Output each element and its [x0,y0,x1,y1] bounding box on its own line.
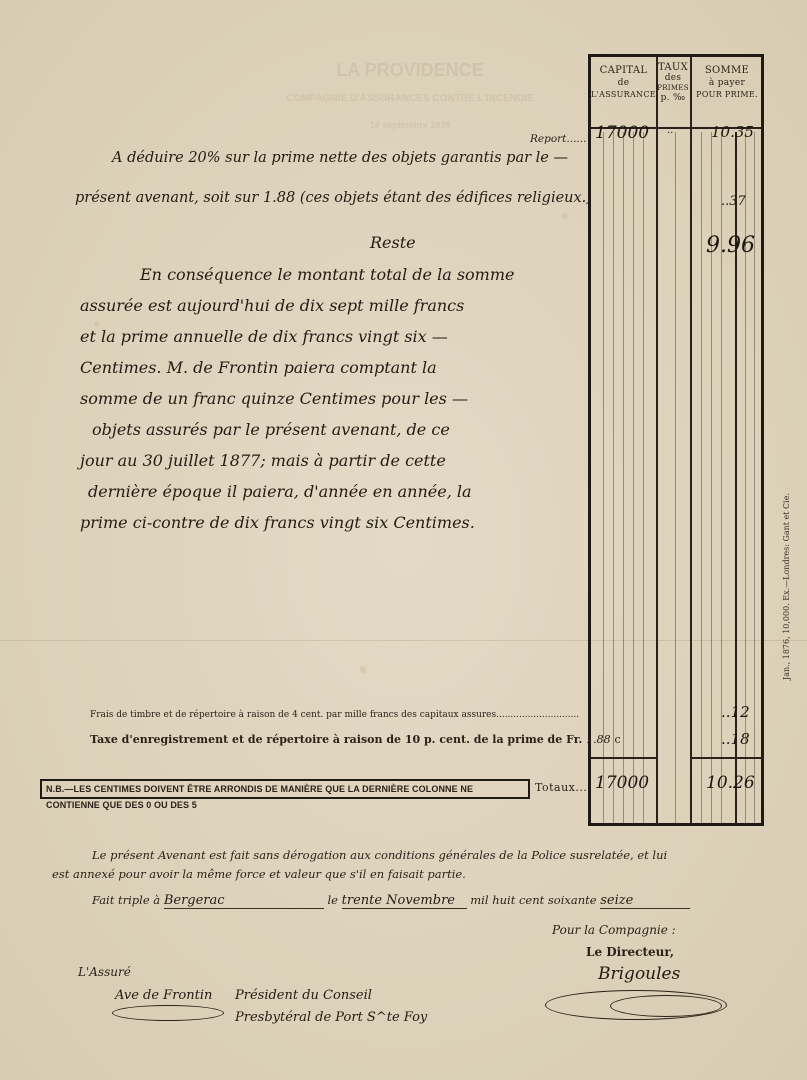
date-field: trente Novembre [342,893,467,909]
printer-note: Jan., 1876, 10,000. Ex.—Londres: Gant et… [782,493,791,680]
year-prefix: mil huit cent soixante [470,893,596,907]
para-line: prime ci-contre de dix francs vingt six … [80,513,475,532]
frais-somme: ..12 [721,703,750,721]
report-label: Report...... [530,133,586,145]
taxe-amount: 1.88 [586,733,611,746]
totals-somme: 10.26 [706,773,755,793]
deduction-line-1: A déduire 20% sur la prime nette des obj… [112,150,568,166]
bleed-through-line3: 18 septembre 1838 [300,120,520,130]
taxe-suffix: c [615,733,621,746]
signature-flourish [610,995,722,1017]
insured-signature: Ave de Frontin [115,988,212,1003]
frais-line: Frais de timbre et de répertoire à raiso… [90,710,579,720]
para-line: assurée est aujourd'hui de dix sept mill… [80,296,464,315]
bleed-through-title: LA PROVIDENCE [300,60,520,81]
para-line: somme de un franc quinze Centimes pour l… [80,389,468,408]
para-line: et la prime annuelle de dix francs vingt… [80,327,448,346]
signature-flourish [112,1005,224,1021]
column-divider [690,57,692,823]
totals-capital: 17000 [595,773,649,793]
report-somme: 10.35 [711,123,754,141]
closing-line-1: Le présent Avenant est fait sans dérogat… [92,848,667,862]
para-line: objets assurés par le présent avenant, d… [92,420,450,439]
para-line: dernière époque il paiera, d'année en an… [88,482,472,501]
taxe-prefix: Taxe d'enregistrement et de répertoire à… [90,733,582,746]
deduction-somme: ..37 [721,194,746,209]
para-line: En conséquence le montant total de la so… [140,265,514,284]
para-line: jour au 30 juillet 1877; mais à partir d… [80,451,446,470]
date-value: trente Novembre [342,893,455,908]
fait-prefix: Fait triple à [92,893,160,907]
header-taux: TAUX des PRIMES p. ‰ [656,57,690,127]
report-capital: 17000 [595,123,649,143]
report-taux: .. [667,125,673,136]
reste-label: Reste [370,233,416,252]
director-signature: Brigoules [598,964,680,984]
para-line: Centimes. M. de Frontin paiera comptant … [80,358,437,377]
company-label: Pour la Compagnie : [552,923,676,937]
director-title: Le Directeur, [586,945,674,959]
bleed-through-line2: COMPAGNIE D'ASSURANCES CONTRE L'INCENDIE [220,93,600,104]
reste-somme: 9.96 [706,233,755,258]
le-label: le [327,893,337,907]
deduction-line-2: présent avenant, soit sur 1.88 (ces obje… [75,190,592,206]
totals-rule [690,757,764,759]
column-divider [656,57,658,823]
taxe-somme: ..18 [721,730,750,748]
place-value: Bergerac [164,893,225,908]
insured-role-1: Président du Conseil [235,988,372,1003]
totals-label: Totaux... [535,781,587,794]
closing-line-2: est annexé pour avoir la même force et v… [52,867,466,881]
insured-role-2: Presbytéral de Port S^te Foy [235,1010,427,1025]
premium-ledger-table: CAPITAL de L'ASSURANCE. TAUX des PRIMES … [588,54,764,826]
year-field: seize [600,893,690,909]
place-field: Bergerac [164,893,324,909]
year-value: seize [600,893,633,908]
taxe-line: Taxe d'enregistrement et de répertoire à… [90,733,621,746]
nb-notice: N.B.—LES CENTIMES DOIVENT ÊTRE ARRONDIS … [40,779,530,799]
totals-rule [591,757,656,759]
insured-label: L'Assuré [78,965,131,979]
header-capital: CAPITAL de L'ASSURANCE. [591,57,656,127]
header-somme: SOMME à payer POUR PRIME. [690,57,764,127]
fait-line: Fait triple à Bergerac le trente Novembr… [92,893,690,909]
